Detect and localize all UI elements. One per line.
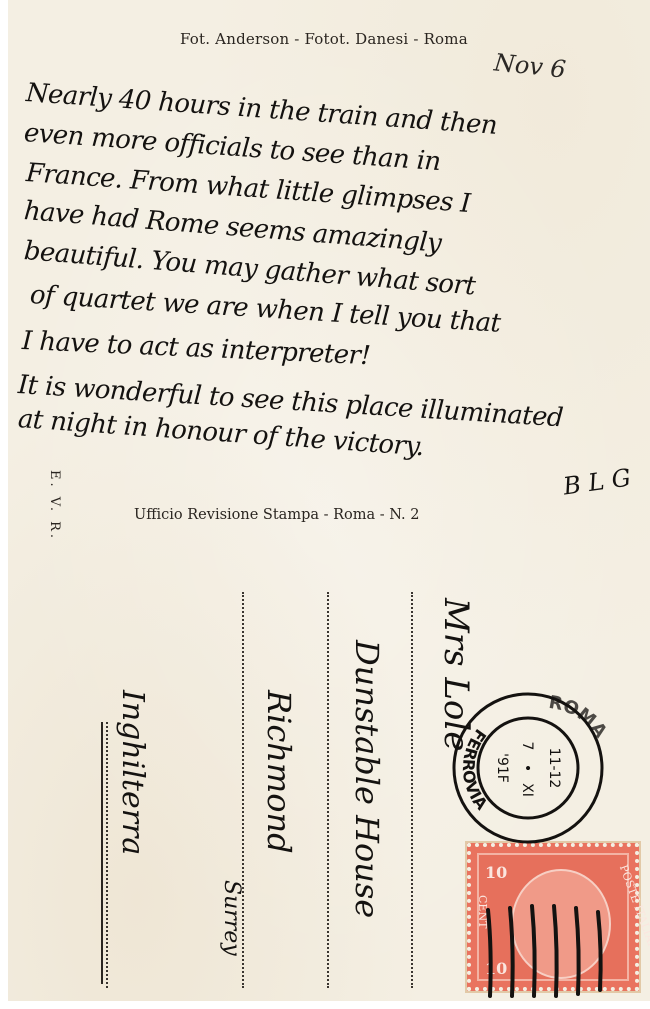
signature: B L G <box>561 463 632 500</box>
postmark-city: ROMA <box>547 692 608 742</box>
svg-text:ROMA: ROMA <box>547 692 608 742</box>
address-line-county: Surrey <box>219 880 244 956</box>
stamp-value: 10 <box>485 863 507 882</box>
side-mark: E. V. R. <box>47 470 62 541</box>
message-date: Nov 6 <box>493 48 567 83</box>
postmark-month: XI <box>519 783 535 797</box>
svg-text:FERROVIA: FERROVIA <box>459 725 492 813</box>
cancellation-bars-icon <box>478 900 618 1000</box>
postmark-time: 11-12 <box>546 748 562 789</box>
message-line: I have to act as interpreter! <box>21 326 370 371</box>
address-rule <box>411 592 413 988</box>
postmark-icon: FERROVIA ROMA 11-12 7 • XI '91F <box>448 688 608 848</box>
address-rule <box>327 592 329 988</box>
address-line-country: Inghilterra <box>115 690 150 855</box>
svg-text:•: • <box>519 764 535 772</box>
address-rule <box>106 722 108 988</box>
postmark-year: '91F <box>494 753 510 783</box>
censor-line: Ufficio Revisione Stampa - Roma - N. 2 <box>134 507 419 523</box>
address-line-town: Richmond <box>260 690 298 854</box>
publisher-header: Fot. Anderson - Fotot. Danesi - Roma <box>180 30 468 48</box>
country-underline <box>101 722 103 984</box>
postmark-day: 7 <box>519 742 535 751</box>
address-line-house: Dunstable House <box>348 640 386 918</box>
postmark-office: FERROVIA <box>459 725 492 813</box>
